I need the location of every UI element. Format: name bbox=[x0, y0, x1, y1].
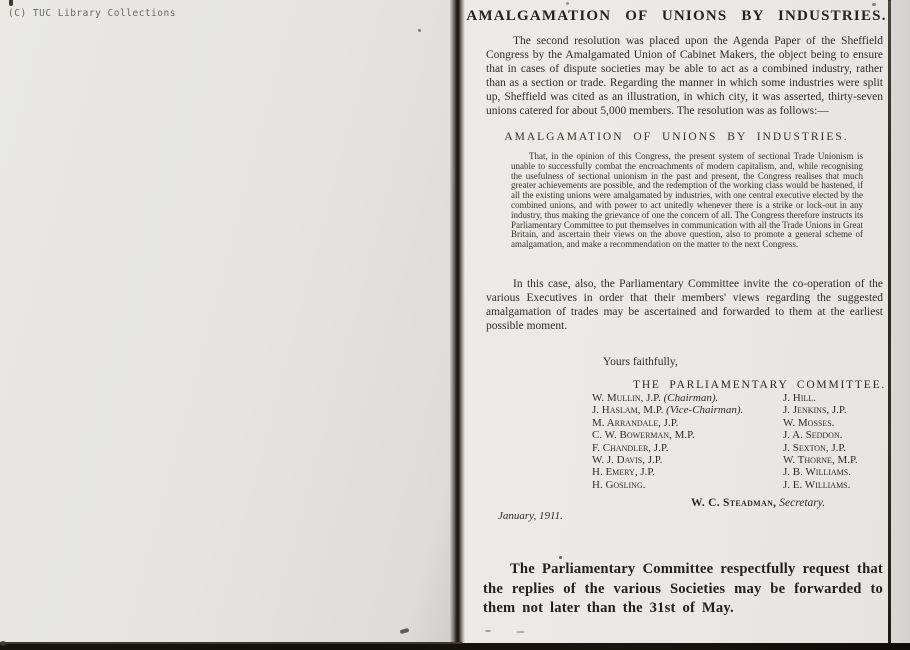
scanner-margin bbox=[891, 0, 910, 643]
committee-member: J. Hill. bbox=[783, 392, 858, 404]
committee-member: W. Thorne, M.P. bbox=[783, 454, 858, 466]
ink-speck bbox=[516, 631, 525, 633]
member-name: H. Gosling. bbox=[592, 479, 645, 491]
member-name: J. Sexton, J.P. bbox=[783, 442, 846, 454]
committee-member: J. Sexton, J.P. bbox=[783, 442, 858, 454]
intro-paragraph: The second resolution was placed upon th… bbox=[486, 34, 883, 119]
committee-list-left: W. Mullin, J.P. (Chairman). J. Haslam, M… bbox=[592, 392, 743, 491]
committee-member: W. Mullin, J.P. (Chairman). bbox=[592, 392, 743, 404]
ink-speck bbox=[0, 641, 6, 646]
resolution-heading: AMALGAMATION OF UNIONS BY INDUSTRIES. bbox=[465, 131, 888, 143]
right-page: AMALGAMATION OF UNIONS BY INDUSTRIES. Th… bbox=[465, 0, 888, 643]
resolution-text: That, in the opinion of this Congress, t… bbox=[511, 152, 863, 250]
member-name: J. B. Williams. bbox=[783, 466, 851, 478]
ink-speck bbox=[9, 0, 13, 6]
ink-speck bbox=[559, 556, 562, 559]
committee-member: J. B. Williams. bbox=[783, 466, 858, 478]
committee-heading: THE PARLIAMENTARY COMMITTEE. bbox=[633, 379, 886, 391]
member-name: J. Hill. bbox=[783, 392, 816, 404]
committee-member: H. Gosling. bbox=[592, 479, 743, 491]
cooperation-paragraph: In this case, also, the Parliamentary Co… bbox=[486, 277, 883, 333]
member-name: M. Arrandale, J.P. bbox=[592, 417, 678, 429]
date-line: January, 1911. bbox=[498, 510, 563, 522]
book-gutter bbox=[450, 0, 465, 643]
committee-member: J. Haslam, M.P. (Vice-Chairman). bbox=[592, 404, 743, 416]
member-name: W. Thorne, M.P. bbox=[783, 454, 858, 466]
member-name: J. E. Williams. bbox=[783, 479, 850, 491]
scanned-page-spread: (C) TUC Library Collections AMALGAMATION… bbox=[0, 0, 910, 650]
committee-member: W. J. Davis, J.P. bbox=[592, 454, 743, 466]
committee-member: J. A. Seddon. bbox=[783, 429, 858, 441]
ink-speck bbox=[566, 2, 569, 5]
committee-member: C. W. Bowerman, M.P. bbox=[592, 429, 743, 441]
committee-member: J. Jenkins, J.P. bbox=[783, 404, 858, 416]
member-name: J. Jenkins, J.P. bbox=[783, 404, 847, 416]
member-note: (Chairman). bbox=[664, 392, 719, 404]
committee-member: F. Chandler, J.P. bbox=[592, 442, 743, 454]
ink-speck bbox=[872, 3, 876, 6]
ink-speck bbox=[485, 630, 491, 632]
committee-member: M. Arrandale, J.P. bbox=[592, 417, 743, 429]
member-note: (Vice-Chairman). bbox=[666, 404, 743, 416]
secretary-signature: W. C. Steadman, Secretary. bbox=[691, 497, 825, 509]
left-page: (C) TUC Library Collections bbox=[0, 0, 452, 643]
committee-member: W. Mosses. bbox=[783, 417, 858, 429]
ink-speck bbox=[418, 29, 421, 32]
member-name: W. Mosses. bbox=[783, 417, 834, 429]
salutation: Yours faithfully, bbox=[603, 356, 678, 368]
member-name: H. Emery, J.P. bbox=[592, 466, 655, 478]
member-name: W. Mullin, J.P. bbox=[592, 392, 661, 404]
member-name: F. Chandler, J.P. bbox=[592, 442, 668, 454]
closing-request: The Parliamentary Committee respectfully… bbox=[483, 560, 883, 619]
committee-member: H. Emery, J.P. bbox=[592, 466, 743, 478]
copyright-watermark: (C) TUC Library Collections bbox=[8, 8, 176, 19]
member-name: J. Haslam, M.P. bbox=[592, 404, 663, 416]
member-name: W. J. Davis, J.P. bbox=[592, 454, 662, 466]
member-name: C. W. Bowerman, M.P. bbox=[592, 429, 695, 441]
member-name: J. A. Seddon. bbox=[783, 429, 842, 441]
scan-bottom-edge bbox=[0, 644, 910, 650]
secretary-title: Secretary. bbox=[779, 497, 825, 509]
page-title: AMALGAMATION OF UNIONS BY INDUSTRIES. bbox=[465, 8, 888, 25]
committee-list-right: J. Hill. J. Jenkins, J.P. W. Mosses. J. … bbox=[783, 392, 858, 491]
secretary-name: W. C. Steadman, bbox=[691, 497, 776, 509]
committee-member: J. E. Williams. bbox=[783, 479, 858, 491]
